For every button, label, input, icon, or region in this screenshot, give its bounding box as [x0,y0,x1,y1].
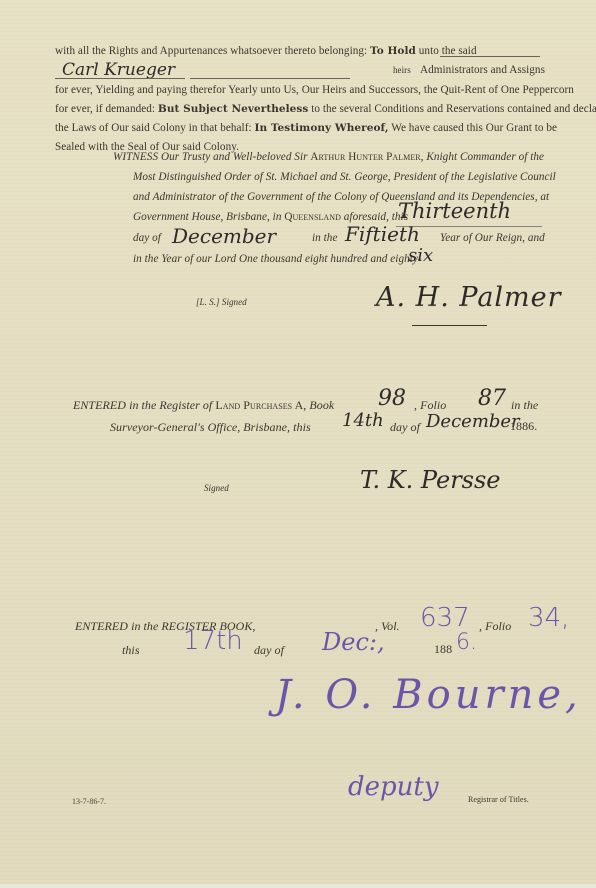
reign-year-handwritten: Fiftieth [345,222,420,246]
witness-line-2: Most Distinguished Order of St. Michael … [133,171,556,183]
witness-line-5-b: in the [312,232,337,244]
lp-day-of: day of [390,420,420,435]
text: for ever, if demanded: [55,103,155,115]
lp-year: 1886. [510,419,537,434]
text: ENTERED in the Register of [73,398,212,412]
document-page: with all the Rights and Appurtenances wh… [0,0,596,884]
rb-day-handwritten: 17th [183,626,243,656]
administrator-name: Arthur Hunter Palmer, [310,151,423,163]
palmer-signature: A. H. Palmer [376,282,562,313]
day-handwritten: Thirteenth [398,199,511,223]
text: to the several Conditions and Reservatio… [311,103,596,115]
grant-line-1: with all the Rights and Appurtenances wh… [55,45,477,57]
text: the Laws of Our said Colony in that beha… [55,122,252,134]
grant-line-3: for ever, Yielding and paying therefor Y… [55,84,574,96]
rb-folio-handwritten: 34, [528,603,569,633]
book-number-handwritten: 98 [378,386,406,411]
text: Book [309,398,334,412]
blank-line [190,78,350,79]
to-hold-blackletter: To Hold [370,45,416,57]
blank-line [440,56,540,57]
rb-day-of: day of [254,643,284,658]
deputy-handwritten: deputy [348,772,439,802]
lp-line-2: Surveyor-General's Office, Brisbane, thi… [110,420,311,435]
grant-line-5: the Laws of Our said Colony in that beha… [55,122,557,134]
blank-line [55,78,185,79]
lp-day-handwritten: 14th [342,410,384,431]
rb-folio-label: , Folio [479,619,511,634]
rb-year-printed: 188 [434,642,452,657]
lp-month-handwritten: December [426,411,520,432]
text: Knight Commander of the [426,151,544,163]
witness-line-1: WITNESS Our Trusty and Well-beloved Sir … [113,151,544,163]
year-handwritten: six [408,245,433,266]
rb-year-handwritten: 6. [456,630,477,655]
witness-line-6: in the Year of our Lord One thousand eig… [133,253,422,265]
registrar-title: Registrar of Titles. [468,795,529,804]
surveyor-signed-label: Signed [204,483,229,493]
seal-signed-label: [L. S.] Signed [196,297,247,307]
month-handwritten: December [172,224,276,248]
text: Government House, Brisbane, in [133,211,281,223]
text: WITNESS Our Trusty and Well-beloved Sir [113,151,308,163]
in-testimony-whereof-blackletter: In Testimony Whereof, [255,122,389,134]
grantee-name-handwritten: Carl Krueger [62,60,175,80]
persse-signature: T. K. Persse [360,466,501,494]
heirs-suffix: heirs [393,65,411,75]
bourne-signature: J. O. Bourne, [275,672,582,718]
rb-month-handwritten: Dec:, [322,628,385,656]
form-code: 13-7-86-7. [72,797,106,806]
subject-nevertheless-blackletter: But Subject Nevertheless [158,103,308,115]
grant-line-4: for ever, if demanded: But Subject Never… [55,103,596,115]
text: We have caused this Our Grant to be [391,122,557,134]
signature-flourish [412,325,487,326]
lp-line-1: ENTERED in the Register of Land Purchase… [73,398,334,413]
rb-this: this [122,643,140,658]
volume-number-handwritten: 637 [420,603,470,633]
grant-line-2-end: Administrators and Assigns [420,64,545,76]
witness-line-5-a: day of [133,232,161,244]
text: with all the Rights and Appurtenances wh… [55,45,367,57]
place-name: Queensland [284,211,341,223]
folio-number-handwritten: 87 [478,386,506,411]
register-name: Land Purchases A, [215,398,306,412]
witness-line-5-c: Year of Our Reign, and [440,232,545,244]
